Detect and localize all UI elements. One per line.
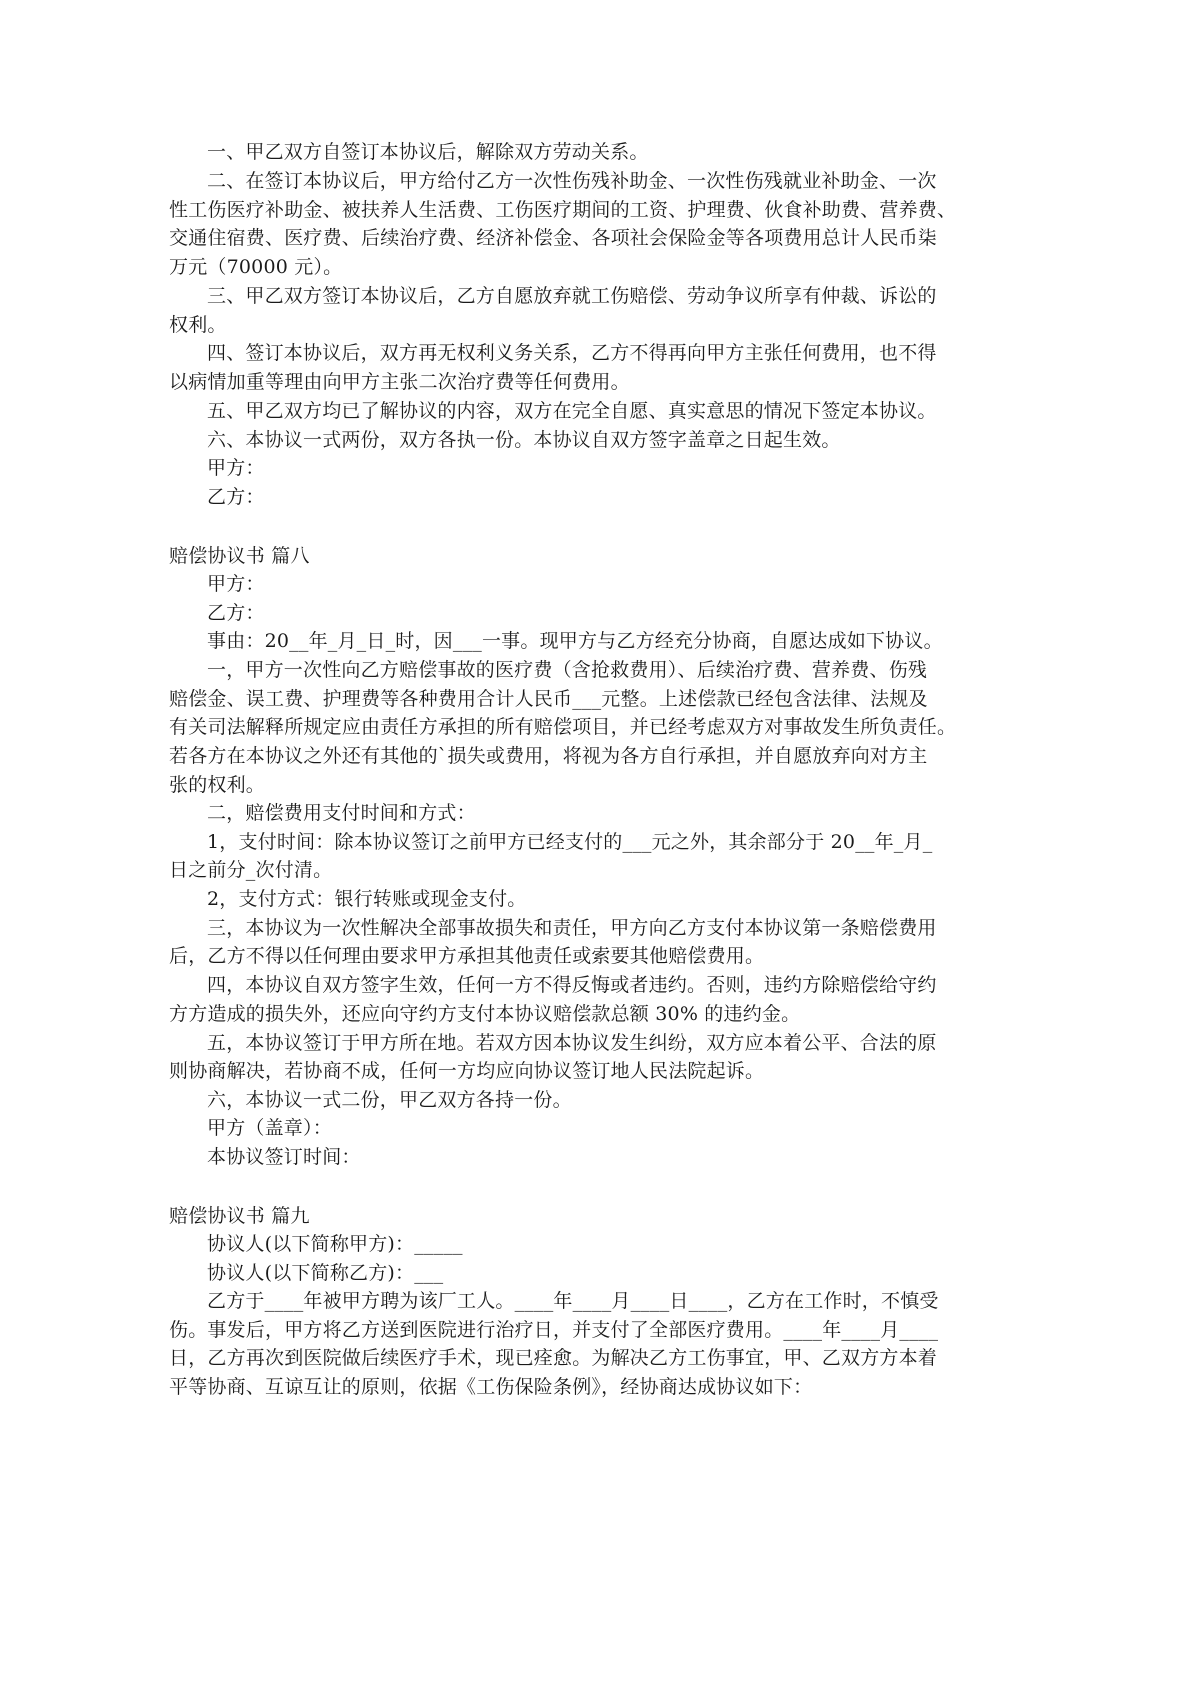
- signature-party-a-seal: 甲方（盖章）：: [207, 1116, 1049, 1140]
- paragraph-line: 二、在签订本协议后，甲方给付乙方一次性伤残补助金、一次性伤残就业补助金、一次: [207, 169, 1049, 193]
- paragraph-line: 四，本协议自双方签字生效，任何一方不得反悔或者违约。否则，违约方除赔偿给守约: [207, 973, 1049, 997]
- paragraph-line: 交通住宿费、医疗费、后续治疗费、经济补偿金、各项社会保险金等各项费用总计人民币柒: [169, 226, 1049, 250]
- paragraph-line: 后，乙方不得以任何理由要求甲方承担其他责任或索要其他赔偿费用。: [169, 944, 1049, 968]
- party-a-label: 甲方：: [207, 572, 1049, 596]
- party-b-label: 乙方：: [207, 601, 1049, 625]
- paragraph-line: 2，支付方式：银行转账或现金支付。: [207, 887, 1049, 911]
- party-a-field: 协议人(以下简称甲方)：_____: [207, 1232, 1049, 1256]
- paragraph-line: 若各方在本协议之外还有其他的`损失或费用，将视为各方自行承担，并自愿放弃向对方主: [169, 744, 1049, 768]
- paragraph-line: 三、甲乙双方签订本协议后，乙方自愿放弃就工伤赔偿、劳动争议所享有仲裁、诉讼的: [207, 284, 1049, 308]
- paragraph-line: 六，本协议一式二份，甲乙双方各持一份。: [207, 1088, 1049, 1112]
- paragraph-line: 赔偿金、误工费、护理费等各种费用合计人民币___元整。上述偿款已经包含法律、法规…: [169, 687, 1049, 711]
- section-title-part8: 赔偿协议书 篇八: [169, 544, 1049, 568]
- paragraph-line: 五，本协议签订于甲方所在地。若双方因本协议发生纠纷，双方应本着公平、合法的原: [207, 1031, 1049, 1055]
- paragraph-line: 日，乙方再次到医院做后续医疗手术，现已痊愈。为解决乙方工伤事宜，甲、乙双方方本着: [169, 1346, 1049, 1370]
- paragraph-line: 性工伤医疗补助金、被扶养人生活费、工伤医疗期间的工资、护理费、伙食补助费、营养费…: [169, 198, 1049, 222]
- paragraph-line: 平等协商、互谅互让的原则，依据《工伤保险条例》，经协商达成协议如下：: [169, 1375, 1049, 1399]
- party-b-field: 协议人(以下简称乙方)：___: [207, 1261, 1049, 1285]
- paragraph-line: 有关司法解释所规定应由责任方承担的所有赔偿项目，并已经考虑双方对事故发生所负责任…: [169, 715, 1049, 739]
- document-page: 一、甲乙双方自签订本协议后，解除双方劳动关系。 二、在签订本协议后，甲方给付乙方…: [0, 0, 1191, 1684]
- paragraph-line: 1，支付时间：除本协议签订之前甲方已经支付的___元之外，其余部分于 20__年…: [207, 830, 1049, 854]
- paragraph-line: 三，本协议为一次性解决全部事故损失和责任，甲方向乙方支付本协议第一条赔偿费用: [207, 916, 1049, 940]
- signature-party-b: 乙方：: [207, 485, 1049, 509]
- paragraph-line: 张的权利。: [169, 773, 1049, 797]
- section-title-part9: 赔偿协议书 篇九: [169, 1204, 1049, 1228]
- paragraph-line: 四、签订本协议后，双方再无权利义务关系，乙方不得再向甲方主张任何费用，也不得: [207, 341, 1049, 365]
- paragraph-line: 六、本协议一式两份，双方各执一份。本协议自双方签字盖章之日起生效。: [207, 428, 1049, 452]
- paragraph-line: 日之前分_次付清。: [169, 858, 1049, 882]
- signature-party-a: 甲方：: [207, 456, 1049, 480]
- paragraph-line: 万元（70000 元）。: [169, 255, 1049, 279]
- paragraph-line: 二，赔偿费用支付时间和方式：: [207, 801, 1049, 825]
- paragraph-line: 则协商解决，若协商不成，任何一方均应向协议签订地人民法院起诉。: [169, 1059, 1049, 1083]
- paragraph-line: 伤。事发后，甲方将乙方送到医院进行治疗日，并支付了全部医疗费用。____年___…: [169, 1318, 1049, 1342]
- paragraph-line: 一，甲方一次性向乙方赔偿事故的医疗费（含抢救费用）、后续治疗费、营养费、伤残: [207, 658, 1049, 682]
- paragraph-line: 五、甲乙双方均已了解协议的内容，双方在完全自愿、真实意思的情况下签定本协议。: [207, 399, 1049, 423]
- paragraph-line: 以病情加重等理由向甲方主张二次治疗费等任何费用。: [169, 370, 1049, 394]
- paragraph-line: 事由：20__年_月_日_时，因___一事。现甲方与乙方经充分协商，自愿达成如下…: [207, 629, 1049, 653]
- paragraph-line: 方方造成的损失外，还应向守约方支付本协议赔偿款总额 30% 的违约金。: [169, 1002, 1049, 1026]
- signing-date-label: 本协议签订时间：: [207, 1145, 1049, 1169]
- paragraph-line: 一、甲乙双方自签订本协议后，解除双方劳动关系。: [207, 140, 1049, 164]
- paragraph-line: 权利。: [169, 313, 1049, 337]
- paragraph-line: 乙方于____年被甲方聘为该厂工人。____年____月____日____，乙方…: [207, 1289, 1049, 1313]
